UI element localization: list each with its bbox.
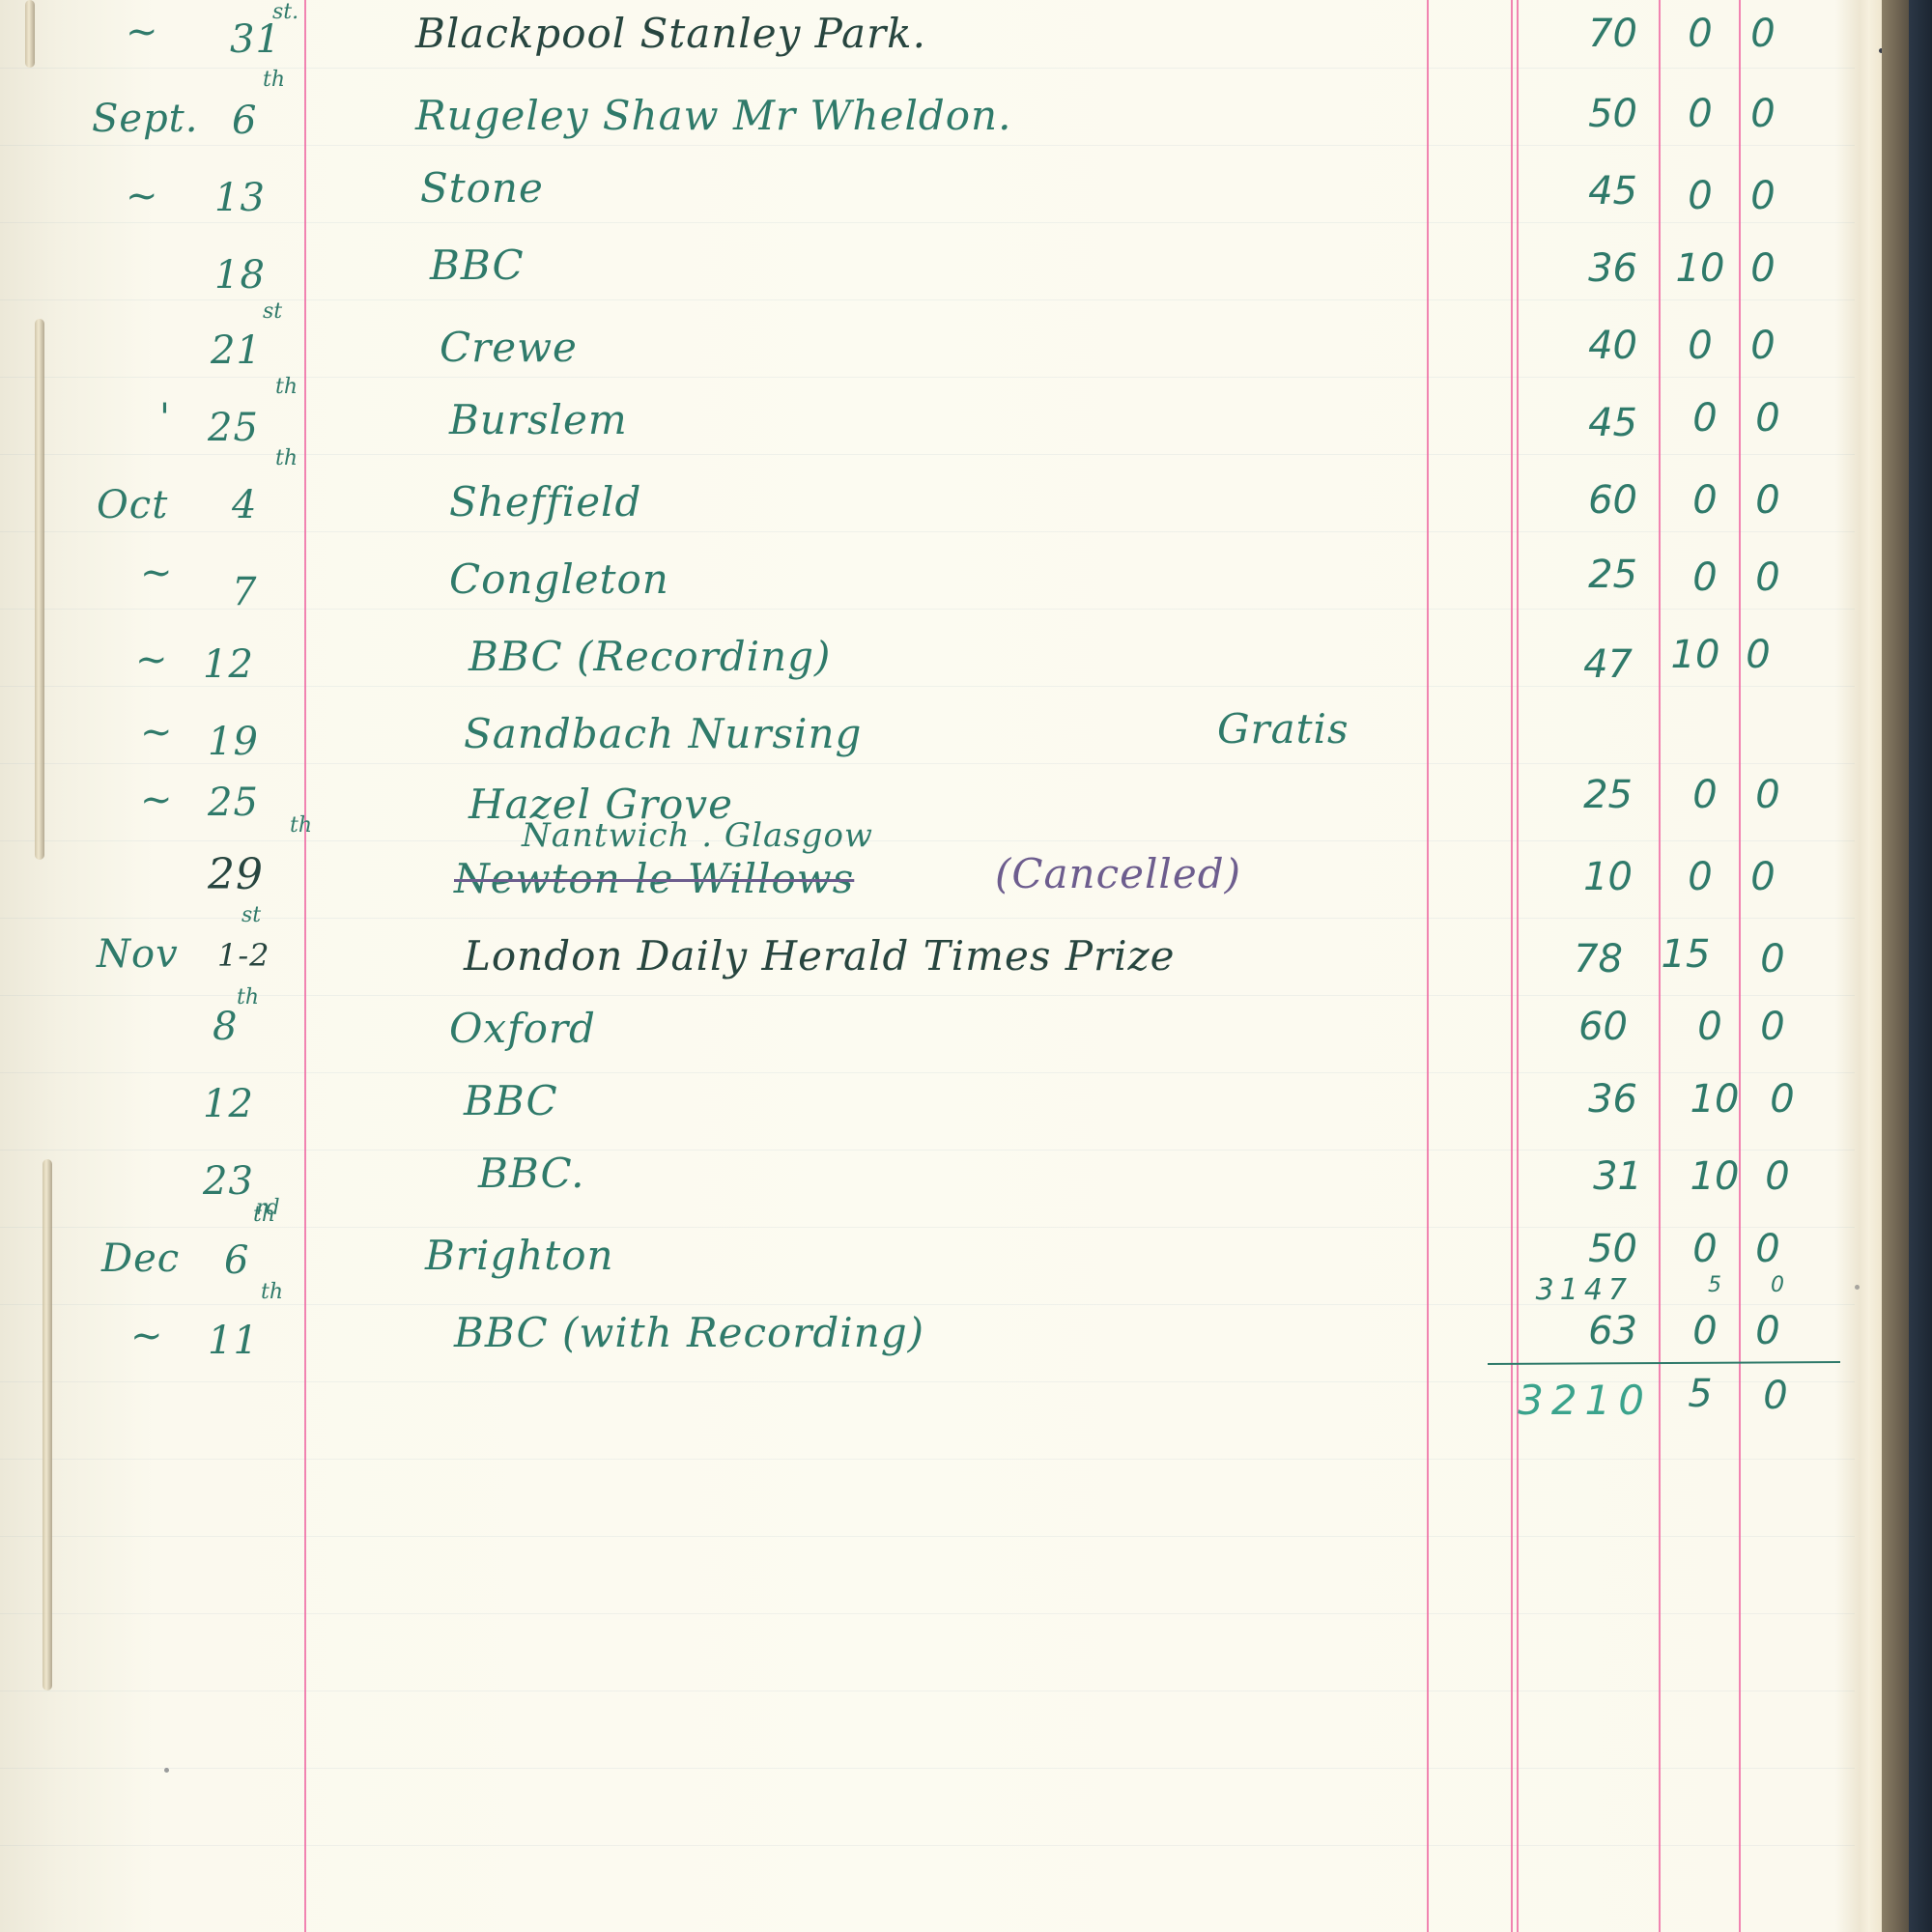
entry-shillings: 0: [1662, 1309, 1748, 1353]
entry-month: Nov: [97, 932, 179, 977]
ruled-line: [0, 918, 1855, 919]
entry-day-suffix: st.: [272, 0, 298, 24]
entry-day: 8: [213, 1005, 238, 1049]
entry-pounds: 25: [1531, 553, 1637, 597]
entry-pence: 0: [1734, 92, 1792, 136]
entry-pounds: 60: [1521, 1005, 1628, 1049]
entry-pounds: 45: [1531, 401, 1637, 445]
entry-shillings: 0: [1657, 855, 1744, 899]
entry-day: 4: [232, 483, 257, 527]
entry-shillings: 15: [1642, 932, 1729, 977]
paper-speck: [164, 1768, 169, 1773]
ruled-line: [0, 145, 1855, 146]
entry-pence: 0: [1734, 12, 1792, 56]
entry-description: BBC: [430, 241, 525, 289]
entry-description: BBC: [464, 1077, 558, 1124]
entry-day: 21: [211, 328, 262, 373]
column-rule-double: [1511, 0, 1513, 1932]
entry-day: 12: [203, 1082, 254, 1126]
entry-shillings: 0: [1666, 1005, 1753, 1049]
entry-month: Sept.: [92, 97, 198, 141]
entry-month: ~: [130, 1314, 164, 1358]
entry-pounds: 36: [1531, 246, 1637, 291]
entry-month: ~: [126, 174, 159, 218]
entry-description: Brighton: [425, 1232, 614, 1279]
entry-day: 29: [208, 850, 264, 899]
ruled-line: [0, 995, 1855, 996]
entry-pence: 0: [1734, 855, 1792, 899]
ruled-line: [0, 1690, 1855, 1691]
entry-day: 6: [224, 1238, 249, 1283]
entry-day-suffix: th: [253, 1203, 275, 1227]
entry-day-suffix: th: [263, 68, 285, 92]
paper-speck: [1855, 1285, 1860, 1290]
entry-description: Rugeley Shaw Mr Wheldon.: [415, 92, 1011, 139]
entry-pence: 0: [1739, 1309, 1797, 1353]
entry-description: Congleton: [449, 555, 669, 603]
entry-month: Oct: [97, 483, 168, 527]
entry-shillings: 0: [1657, 324, 1744, 368]
entry-description: Sandbach Nursing: [464, 710, 862, 757]
entry-pounds: 45: [1531, 169, 1637, 213]
entry-day: 7: [232, 570, 257, 614]
ruled-line: [0, 1536, 1855, 1537]
entry-month: ~: [135, 638, 169, 682]
ruled-line: [0, 1613, 1855, 1614]
entry-day: 25: [208, 406, 259, 450]
entry-pence: 0: [1744, 937, 1802, 981]
entry-shillings: 0: [1662, 478, 1748, 523]
entry-pounds: 40: [1531, 324, 1637, 368]
entry-day-suffix: st: [263, 299, 282, 324]
entry-pounds: 63: [1531, 1309, 1637, 1353]
entry-day-suffix: th: [275, 375, 298, 399]
entry-day: 6: [232, 99, 257, 143]
entry-shillings: 0: [1662, 396, 1748, 440]
entry-day: 1-2: [217, 937, 270, 974]
entry-shillings: 0: [1657, 174, 1744, 218]
entry-pounds: 60: [1531, 478, 1637, 523]
entry-day: 25: [208, 781, 259, 825]
entry-shillings: 0: [1657, 92, 1744, 136]
ruled-line: [0, 840, 1855, 841]
entry-pence: 0: [1739, 555, 1797, 600]
entry-description: Blackpool Stanley Park.: [415, 10, 926, 57]
entry-day: 13: [214, 176, 266, 220]
entry-day-suffix: th: [261, 1280, 283, 1304]
entry-pounds: 50: [1531, 1227, 1637, 1271]
entry-day: 23: [203, 1159, 254, 1204]
entry-shillings: 10: [1671, 1154, 1758, 1199]
entry-pence: 0: [1739, 1227, 1797, 1271]
entry-pence: 0: [1739, 396, 1797, 440]
binding-stitch: [35, 319, 44, 860]
ruled-line: [0, 609, 1855, 610]
subtotal-pounds: 3147: [1512, 1273, 1633, 1307]
entry-pence: 0: [1739, 773, 1797, 817]
entry-month: ~: [126, 10, 159, 54]
entry-day-suffix: th: [275, 446, 298, 470]
entry-month: ': [159, 396, 171, 440]
entry-pounds: 78: [1517, 937, 1623, 981]
ruled-line: [0, 1845, 1855, 1846]
column-rule: [1427, 0, 1429, 1932]
ruled-line: [0, 1768, 1855, 1769]
entry-shillings: 0: [1662, 555, 1748, 600]
binding-stitch: [43, 1159, 52, 1690]
entry-shillings: 0: [1662, 1227, 1748, 1271]
entry-month: ~: [140, 710, 174, 754]
entry-description: BBC.: [478, 1150, 585, 1197]
entry-pence: 0: [1748, 1154, 1806, 1199]
entry-pence: 0: [1744, 1005, 1802, 1049]
subtotal-shillings: 5: [1671, 1273, 1758, 1297]
subtotal-pence: 0: [1748, 1273, 1806, 1297]
ruled-line: [0, 1150, 1855, 1151]
entry-pence: 0: [1729, 633, 1787, 677]
entry-pounds: 47: [1526, 642, 1633, 687]
entry-description: Stone: [420, 164, 544, 212]
entry-pence: 0: [1753, 1077, 1811, 1122]
entry-pounds: 31: [1536, 1154, 1642, 1199]
binding-stitch: [25, 0, 35, 68]
entry-description: London Daily Herald Times Prize: [464, 932, 1176, 980]
ruled-line: [0, 222, 1855, 223]
entry-month: Dec: [101, 1236, 180, 1281]
entry-note-gratis: Gratis: [1217, 705, 1350, 753]
entry-pence: 0: [1734, 174, 1792, 218]
entry-pounds: 36: [1531, 1077, 1637, 1122]
entry-description: BBC (with Recording): [454, 1309, 924, 1356]
entry-description-replacement: Nantwich . Glasgow: [522, 816, 873, 855]
entry-shillings: 0: [1657, 12, 1744, 56]
entry-cancelled-annotation: (Cancelled): [995, 850, 1241, 897]
ruled-line: [0, 531, 1855, 532]
entry-description: Crewe: [440, 324, 578, 371]
entry-day: 11: [208, 1319, 259, 1363]
total-pounds: 3210: [1507, 1377, 1652, 1424]
entry-description: Burslem: [449, 396, 628, 443]
entry-shillings: 0: [1662, 773, 1748, 817]
entry-day-suffix: th: [237, 985, 259, 1009]
ruled-line: [0, 1459, 1855, 1460]
entry-day-suffix: th: [290, 813, 312, 838]
entry-month: ~: [140, 778, 174, 822]
entry-pounds: 50: [1531, 92, 1637, 136]
entry-month: ~: [140, 551, 174, 595]
ruled-line: [0, 763, 1855, 764]
entry-pounds: 70: [1531, 12, 1637, 56]
entry-description-struck: Newton le Willows: [454, 855, 854, 902]
book-cover-edge: [1909, 0, 1932, 1932]
page-edge-band: [1882, 0, 1909, 1932]
total-underline: [1488, 1361, 1840, 1365]
entry-pounds: 25: [1526, 773, 1633, 817]
total-shillings: 5: [1657, 1372, 1744, 1416]
margin-rule: [304, 0, 306, 1932]
entry-pence: 0: [1734, 246, 1792, 291]
entry-shillings: 10: [1671, 1077, 1758, 1122]
entry-pounds: 10: [1526, 855, 1633, 899]
entry-pence: 0: [1739, 478, 1797, 523]
entry-shillings: 10: [1657, 246, 1744, 291]
entry-day: 18: [214, 253, 266, 298]
entry-shillings: 10: [1652, 633, 1739, 677]
entry-day: 12: [203, 642, 254, 687]
ledger-page: ~ 31 st. Blackpool Stanley Park. 70 0 0 …: [0, 0, 1884, 1932]
total-pence: 0: [1747, 1374, 1804, 1418]
entry-day-suffix: st: [241, 903, 261, 927]
entry-description: Sheffield: [449, 478, 641, 526]
entry-description: Oxford: [449, 1005, 596, 1052]
entry-pence: 0: [1734, 324, 1792, 368]
entry-description: BBC (Recording): [469, 633, 831, 680]
entry-day: 19: [208, 720, 259, 764]
ruled-line: [0, 1072, 1855, 1073]
